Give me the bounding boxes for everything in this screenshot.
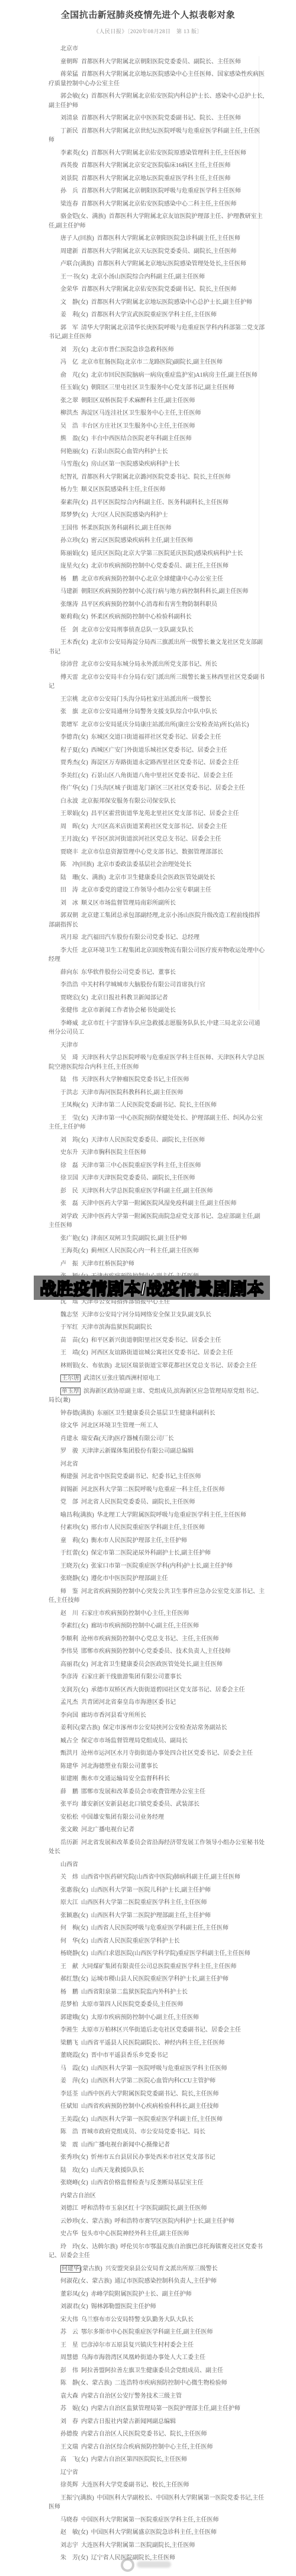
entry-description: 大兴区人民医院感染内科护士 xyxy=(91,512,168,518)
entry-description: 内蒙古自治区第四医院院长,主任医师 xyxy=(91,2456,188,2463)
entry-description: 首都医科大学附属北京佑安医院感染中心二科主任,主任医师 xyxy=(81,201,237,207)
entry-row: 李美红(女)石景山区八角街道八角中里社区党委书记、居委会主任 xyxy=(49,771,265,781)
entry-row: 姜利民(蒙古族)保定市涿州市公安局挟河公安检查站常务副站长 xyxy=(49,1723,265,1733)
entry-name: 蒋荣猛 xyxy=(60,71,78,78)
entry-row: 柳洪杰海淀区马连洼社区卫生服务中心主任,主任医师 xyxy=(49,409,265,418)
entry-name-suffix: (女) xyxy=(78,461,88,467)
entry-name: 王 靖 xyxy=(60,1350,78,1356)
entry-description: 晋城市政府党组成员、市公安局党委书记、局长 xyxy=(81,2129,205,2135)
entry-description: 太原市疾病预防控制中心副主任,主任医师 xyxy=(91,2014,200,2021)
entry-name: 孙德俊 xyxy=(60,2431,78,2437)
entry-name: 赵 川 xyxy=(60,1610,78,1617)
entry-name-suffix: (女、满族) xyxy=(78,874,106,881)
entry-name: 李素红 xyxy=(60,1623,78,1629)
entry-description: 顺义区医院感染科主任,主任医师 xyxy=(81,486,166,493)
entry-name-suffix: (女) xyxy=(78,1248,88,1254)
entry-description: 保定市第二医院泌尿外科副护士长,副主任护师 xyxy=(91,1550,211,1556)
entry-row: 陈 静(女、蒙古族)二连浩特市疾病预防控制中心微生物检验师 xyxy=(49,2379,265,2388)
entry-name: 张晓峰 xyxy=(60,2180,78,2186)
entry-description: 呼和浩特市赛罕区医院内科护士长,副主任护师 xyxy=(115,2218,235,2225)
entry-name: 王木香 xyxy=(60,639,78,646)
entry-name-suffix: (满族) xyxy=(78,1512,94,1518)
entry-name-suffix: (满族) xyxy=(78,2495,94,2501)
entry-description: 山西医科大学第二医院心血管内科CCU主管护师 xyxy=(91,2078,216,2084)
entry-name: 梁 震 xyxy=(60,2142,78,2148)
entry-name: 陆 伟 xyxy=(60,1076,78,1083)
entry-name: 甄洪月 xyxy=(60,1750,78,1757)
entry-name-suffix: (女) xyxy=(78,2065,88,2072)
entry-row: 白永波北京振邦保安服务有限公司保安队长 xyxy=(49,797,265,806)
entry-row: 于军红天津市滨海监狱医院副院长 xyxy=(49,1323,265,1332)
entry-name: 骆金铠 xyxy=(60,213,78,220)
entry-description: 北京市疾病预防控制中心党委委员、副主任,主任医师 xyxy=(91,563,229,569)
entry-row: 周 晖(女)大兴区高米店街道茉莉社区党支部书记、居委会主任 xyxy=(49,822,265,832)
entry-name-suffix: (女) xyxy=(78,1925,88,1931)
entry-row: 骆金铠(女、满族)首都医科大学附属北京友谊医院护理部主任、护理教研室主任,副主任… xyxy=(49,212,265,230)
entry-name: 彭 伟 xyxy=(60,2367,78,2374)
entry-row: 李廷荃山西中医药大学附属医院党委副书记、院长,主任医师 xyxy=(49,2090,265,2099)
entry-row: 李溎生太原市万柏林区兴华街道后北屯社区党委副书记、居委会主任 xyxy=(49,2026,265,2035)
entry-name-suffix: (蒙古族) xyxy=(81,2266,102,2272)
entry-row: 李素红(女)廊坊市疾病预防控制中心副主任,主任医师 xyxy=(49,1622,265,1631)
entry-row: 吴 浩丰台区方庄社区卫生服务中心主任,主任医师 xyxy=(49,422,265,431)
entry-description: 蓟州区人民医院心内一科主任,副主任医师 xyxy=(91,1248,200,1254)
entry-row: 高丽君(女)河北省卫生健康委员会医政医管处处长,副主任医师 xyxy=(49,1660,265,1670)
entry-description: 锡林郭勒盟医院主任护师 xyxy=(91,2303,156,2310)
entry-name: 姜利民 xyxy=(60,1725,78,1731)
entry-name: 王美霞 xyxy=(60,2116,78,2123)
entry-row: 贾秀杰(女)海淀区万寿路街道永定路西里社区党委书记、居委会主任 xyxy=(49,758,265,768)
entry-name-suffix: (女) xyxy=(78,299,88,306)
entry-name-suffix: (女) xyxy=(78,2078,88,2084)
entry-description: 天津市公安局宁河分局网络安全保卫支队副支队长 xyxy=(81,1312,211,1318)
entry-name: 王 星 xyxy=(60,2342,78,2348)
entry-description: 河北广播电视台记者 xyxy=(81,1827,134,1833)
entry-row: 杨力生顺义区医院感染科主任,主任医师 xyxy=(49,485,265,495)
entry-row: 郑梦梦(女)大兴区人民医院感染内科护士 xyxy=(49,511,265,520)
entry-name: 孟凡杰 xyxy=(60,1699,78,1706)
stamp-watermark-smudge xyxy=(137,2561,171,2568)
entry-row: 党 郃河北省人民医院党委委员、副院长,主任医师 xyxy=(49,1498,265,1507)
entry-name: 张广艳 xyxy=(60,1235,78,1242)
entry-description: 北京建工集团总承包部副经理,北京小汤山医院升级改造工程前线指挥部副指挥长 xyxy=(49,912,260,928)
entry-name: 姬莉莉 xyxy=(60,614,78,620)
entry-description: 阿拉善盟阿拉善左旗卫生健康委员会党组成员、副主任 xyxy=(81,2367,223,2374)
entry-description: 北京市公安局通州分局警务支援支队综合中队中队长 xyxy=(81,709,217,715)
entry-description: 天津市人民医院党委委员、副院长,主任医师 xyxy=(91,1137,205,1143)
entry-row: 刘 冰顺义区市场监督管理局南彩所副所长 xyxy=(49,899,265,908)
entry-description: 太原市万柏林区兴华街道后北屯社区党委副书记、居委会主任 xyxy=(81,2027,241,2033)
entry-name-suffix: (女) xyxy=(78,1350,88,1356)
entry-name: 俞 芃 xyxy=(60,372,78,379)
entry-name: 白永波 xyxy=(60,798,78,805)
entry-row: 李大任北京环境卫生工程集团北京固废物流有限公司医疗废弃物收运处理中心经理 xyxy=(49,946,265,965)
entry-name-suffix: (女、达斡尔族) xyxy=(78,2244,118,2250)
entry-name: 范梦柏 xyxy=(60,2001,78,2008)
entry-description: 海淀区马连洼社区卫生服务中心主任,主任医师 xyxy=(81,410,201,416)
entry-name-suffix: (女) xyxy=(78,347,88,353)
entry-description: 河北省疾病预防控制中心突发公共卫生事件应急办公室党支部书记、主任,主任技师 xyxy=(49,1588,265,1604)
entry-description: 朝阳区三里屯社区卫生服务中心党支部书记,副主任医师 xyxy=(91,385,235,391)
entry-row: 俞 芃(女)北京市回民医院脑病一病房(重症监护室)A1病房主任,副主任医师 xyxy=(49,371,265,380)
entry-row: 周建新首都医科大学附属北京天坛医院党委委员、副院长,主任医师 xyxy=(49,247,265,257)
entry-name: 庞星火 xyxy=(60,563,78,569)
entry-description: 天津津云新媒体集团股份有限公司副总编辑 xyxy=(81,1448,194,1454)
entry-name: 田 涛 xyxy=(60,887,78,893)
entry-row: 陆 珊(女、满族)北京市卫生健康委员会医政医管处副处长 xyxy=(49,873,265,883)
entry-description: 天津医科大学肿瘤医院党委书记,主任医师 xyxy=(81,1076,189,1083)
entry-row: 赵 川石家庄市疾病预防控制中心主任,主任医师 xyxy=(49,1609,265,1619)
entry-name: 文 静 xyxy=(60,299,78,306)
entry-name-suffix: (女) xyxy=(78,1563,88,1569)
entry-description: 首都医科大学附属北京朝阳医院党委委员、副院长、主任医师 xyxy=(81,59,241,65)
entry-name: 梁连春 xyxy=(60,201,78,207)
entry-description: 山西省人民医院重症医学科护士长 xyxy=(91,1938,180,1944)
entry-description: 赤峰学院附属医院护士长、副主任护师 xyxy=(91,2291,192,2298)
entry-row: 刘学政天津中医药大学第一附属医院南院急症党支部书记、急症部副主任,副主任医师 xyxy=(49,1212,265,1231)
entry-name-suffix: (女) xyxy=(78,2180,88,2186)
entry-row: 徐沛营北京市公安局东城分局永外派出所党支部书记、所长 xyxy=(49,660,265,669)
entry-name: 刘德江 xyxy=(60,2205,78,2212)
entry-name-suffix: (女) xyxy=(78,2456,88,2463)
entry-row: 何艳丽(女)石景山医院心血管内科护士长 xyxy=(49,447,265,457)
entry-name: 郝红慧 xyxy=(60,1976,78,1982)
entry-description: 山西医科大学第一医院儿科护士长,副主任护师 xyxy=(91,1887,211,1893)
entry-row: 姜 利(女)首都医科大学宣武医院重症医学科主任,主任医师 xyxy=(49,310,265,320)
entry-name: 史东升 xyxy=(60,1149,78,1156)
entry-description: 山西医科大学第二医院重症医学科主任,主任医师 xyxy=(81,1899,207,1906)
entry-name: 西英俊 xyxy=(60,162,78,169)
entry-description: 天津医科大学总医院呼吸与危重症医学科主任医师、天津医科大学总医院空港医院综合内科… xyxy=(49,1055,265,1071)
entry-name: 张 旗 xyxy=(60,709,78,715)
entry-name-suffix: (女) xyxy=(78,2154,88,2161)
entry-name: 张继涛 xyxy=(60,601,78,608)
entry-description: 石景山区八角街道八角中里社区党委书记、居委会主任 xyxy=(91,773,233,779)
entry-row: 喻昌利(满族)华北理工大学附属医院呼吸与危重症医学科主任,主任医师 xyxy=(49,1511,265,1520)
entry-name: 张平均 xyxy=(60,1801,78,1808)
entry-description: 辽宁省人民医院副院长,主任医师 xyxy=(91,2555,176,2561)
entry-description: 天津中医药大学第一附属医院风湿免疫科副主任,副主任医师 xyxy=(81,1200,237,1207)
entry-name: 董彩凤 xyxy=(60,2291,78,2298)
entry-description: 石景山医院心血管内科护士长 xyxy=(91,448,168,455)
entry-name: 徐文华 xyxy=(60,1422,78,1429)
entry-description: 中国雄安集团有限公司业务经理 xyxy=(81,1814,164,1821)
entry-name-suffix: (女) xyxy=(78,312,88,318)
entry-row: 王文瑞内蒙古自治区综合疾病预防控制中心主任,主任医师 xyxy=(49,2443,265,2452)
stamp-watermark-icon xyxy=(121,2558,134,2572)
entry-name: 王 莹 xyxy=(60,1115,78,1122)
entry-name: 罗 骏 xyxy=(60,1448,78,1454)
entry-name: 童朝晖 xyxy=(60,59,78,65)
entry-name: 张惠蓉 xyxy=(60,1887,78,1893)
entry-description: 乌海市海勃湾区凤凰岭街道办事处人大工委主任 xyxy=(81,2354,205,2361)
entry-name: 王凤梅 xyxy=(60,1102,78,1108)
entry-name: 李德青 xyxy=(60,734,78,741)
entry-description: 北京市委政法委基层社会治理处处长 xyxy=(97,861,192,868)
entry-row: 林则银(女、布依族)北辰区瑞景街道宝翠花都社区党总支书记、居委会主任 xyxy=(49,1361,265,1371)
entry-name: 孙立珍 xyxy=(60,537,78,544)
entry-name: 史占华 xyxy=(60,2231,78,2237)
entry-row: 张 磊天津中医药大学第一附属医院风湿免疫科副主任,副主任医师 xyxy=(49,1199,265,1209)
entry-row: 西英俊首都医科大学附属北京安定医院临床16病区主任,主任医师 xyxy=(49,161,265,171)
entry-name-suffix: (女) xyxy=(78,512,88,518)
honor-roll-list: 北京市童朝晖首都医科大学附属北京朝阳医院党委委员、副院长、主任医师蒋荣猛首都医科… xyxy=(49,44,265,2563)
entry-description: 顺义区市场监督管理局南彩所副所长 xyxy=(81,900,176,906)
entry-row: 赵 敏(女)中国医科大学附属盛京医院急诊科主任,主任医师 xyxy=(49,2528,265,2537)
entry-row: 何 梅(女)山西省人民医院呼吸与危重症医学科副主任,主任医师 xyxy=(49,1924,265,1933)
entry-row: 彭 伟阿拉善盟阿拉善左旗卫生健康委员会党组成员、副主任 xyxy=(49,2366,265,2376)
entry-description: 怀柔区疾病预防控制中心检验科副科长 xyxy=(91,614,192,620)
source-line: 《人民日报》〔2020年08月28日 第 13 版〕 xyxy=(0,27,296,35)
entry-name: 刘 春 xyxy=(60,2418,78,2425)
entry-description: 衡水市交通运输局安全监督科科长 xyxy=(81,1776,170,1782)
entry-name: 苏 妮 xyxy=(60,2405,78,2412)
entry-row: 安松松中国雄安集团有限公司业务经理 xyxy=(49,1813,265,1822)
entry-name: 刘学政 xyxy=(60,1213,78,1220)
entry-name: 袁大森 xyxy=(60,2393,78,2399)
entry-name: 支润芳 xyxy=(60,1687,78,1693)
entry-description: 津南区双闸卫生院副院长,副主任护师 xyxy=(91,1235,188,1242)
entry-name-suffix: (女、满族) xyxy=(78,213,106,220)
entry-description: 山西省人民医院呼吸与危重症医学科副主任,主任医师 xyxy=(91,1925,229,1931)
entry-description: 北京日报社科教卫新闻部记者 xyxy=(91,995,168,1001)
entry-name: 付素珍 xyxy=(60,1524,78,1531)
entry-row: 文 静(女)首都医科大学附属北京地坛医院感染中心总护士长,副主任护师 xyxy=(49,298,265,307)
entry-description: 河北省卫生健康委员会医政医管处处长,副主任医师 xyxy=(91,1661,223,1668)
entry-name-suffix: (女) xyxy=(78,448,88,455)
entry-row: 梁鹏飞山西省平遥县人民医院副院长、神经内科主任,主任医师 xyxy=(49,2039,265,2048)
entry-description: 保定市涿州市公安局挟河公安检查站常务副站长 xyxy=(103,1725,227,1731)
entry-name: 党 郃 xyxy=(60,1499,78,1505)
entry-description: 首都医科大学附属北京天坛医院党委委员、副院长,主任医师 xyxy=(81,248,237,255)
entry-row: 罗 骏天津津云新媒体集团股份有限公司副总编辑 xyxy=(49,1447,265,1456)
entry-row: 陈 浩晋城市政府党组成员、市公安局党委书记、局长 xyxy=(49,2128,265,2137)
entry-description: 大兴区高米店街道茉莉社区党支部书记、居委会主任 xyxy=(91,824,227,830)
entry-name: 苏 云 xyxy=(60,2329,78,2335)
entry-name: 杨 鹏 xyxy=(60,576,78,582)
entry-description: 呼和浩特市玉泉区红十字医院副院长,副主任医师 xyxy=(81,2205,207,2212)
entry-row: 钟春德(满族)东丽区卫生健康委员会基层卫生健康科副科长 xyxy=(49,1409,265,1418)
entry-description: 滨海新区政协原副主席、党组成员,滨海新区应急管理局原党组书记、局长(兼) xyxy=(49,1388,263,1404)
entry-description: 西城区广安门外街道乐城社区党委书记、居委会主任 xyxy=(91,747,227,754)
entry-name-suffix: (女) xyxy=(78,1235,88,1242)
entry-name: 陈丽娟 xyxy=(60,550,78,557)
entry-name-suffix: (女) xyxy=(78,1976,88,1982)
entry-description: 北辰区瑞景街道宝翠花都社区党总支书记、居委会主任 xyxy=(115,1363,257,1369)
entry-description: 首都医科大学宣武医院重症医学科主任,主任医师 xyxy=(91,312,217,318)
entry-name-suffix: (回族) xyxy=(78,861,94,868)
entry-description: 昌平区医院综合内科副主任、医务科副科长,主任医师 xyxy=(91,499,229,506)
entry-name-suffix: (女) xyxy=(78,1950,88,1957)
entry-description: 昌平区疾病预防控制中心消毒和有害生物防制科职员 xyxy=(81,601,217,608)
entry-description: 首都医科大学附属北京世纪坛医院呼吸与危重症医学科副主任,主任医师 xyxy=(49,128,260,144)
entry-description: 昌平区霍营街道华龙苑北里社区党支部书记、居委会主任 xyxy=(91,810,239,817)
entry-name: 金荣华 xyxy=(60,286,78,293)
entry-row: 贾晓宏(女)北京日报社科教卫新闻部记者 xyxy=(49,994,265,1003)
entry-name-suffix: (女) xyxy=(78,2052,88,2059)
entry-name-suffix: (女) xyxy=(78,1537,88,1544)
entry-name-suffix: (女) xyxy=(78,2116,88,2123)
entry-row: 孙立珍(女)密云区医院感染疾病科主任,副主任医师 xyxy=(49,536,265,546)
entry-description: 北京振邦保安服务有限公司保安队长 xyxy=(81,798,176,805)
entry-row: 陆 伟天津医科大学肿瘤医院党委书记,主任医师 xyxy=(49,1075,265,1085)
entry-row: 刘淑君(女)锡林郭勒盟医院主任护师 xyxy=(49,2302,265,2312)
entry-description: 东华软件股份公司党委书记、董事长 xyxy=(81,969,176,976)
entry-name: 宋大伟 xyxy=(60,2317,78,2323)
entry-name-suffix: (满族) xyxy=(78,1410,94,1417)
page-edge-line xyxy=(259,56,259,1010)
entry-name: 师 鉴 xyxy=(60,1588,78,1595)
entry-description: 内蒙古自治区人民医院党委书记、院长,主任医师 xyxy=(81,2431,207,2437)
entry-description: 北京环境卫生工程集团北京固废物流有限公司医疗废弃物收运处理中心经理 xyxy=(49,947,265,963)
entry-description: 天津市红桥医院护师 xyxy=(81,1261,134,1267)
entry-name-suffix: (女) xyxy=(78,499,88,506)
section-header: 河北省 xyxy=(49,1460,265,1469)
entry-name-suffix: (女) xyxy=(78,1115,88,1122)
entry-name: 梅建强 xyxy=(60,1473,78,1480)
entry-description: 巴彦淖尔市五原县复兴镇庆生村村委会主任 xyxy=(81,2342,194,2348)
entry-name: 刘志宇 xyxy=(60,2542,78,2549)
entry-row: 王木香(女)北京市公安局海淀分局西三旗派出所一级警长兼文龙社区党支部副书记 xyxy=(49,638,265,656)
entry-row: 郝红慧(女)运城市稷山县人民医院重症医学科护士长,副主任护师 xyxy=(49,1975,265,1984)
entry-row: 冯 亿北京市肛肠医院(北京市二龙路医院)副院长,副主任医师 xyxy=(49,358,265,367)
entry-name: 佟广华 xyxy=(60,785,78,792)
entry-name: 刘淑君 xyxy=(60,2303,78,2310)
entry-name: 王海英 xyxy=(60,1248,78,1254)
entry-row: 王 献大同煤矿集团有限责任公司总医院重症医学科主任,主任医师 xyxy=(49,1962,265,1972)
entry-description: 怀柔医院医务科副科长,副主任医师 xyxy=(81,525,172,531)
entry-name-suffix: (女) xyxy=(78,1887,88,1893)
entry-row: 陆 玫(女)山西天龙救援队队长 xyxy=(49,2166,265,2175)
entry-description: 河北区环境卫生管理一所工人 xyxy=(81,1422,158,1429)
entry-description: 首都医科大学附属北京佑安医院党委副书记、院长,主任医师 xyxy=(81,286,237,293)
entry-description: 北京市信息资源管理中心党支部书记、数据管理部部长 xyxy=(81,849,223,856)
entry-description: 中国医科大学附属第一医院重症医学科主任,主任医师 xyxy=(81,2517,219,2523)
entry-name: 吴 琦 xyxy=(60,1055,78,1061)
entry-row: 李向国廊坊市香河县看守所所长 xyxy=(49,1711,265,1720)
entry-description: 大连医科大学附属第二医院副院长,主任医师 xyxy=(81,2542,195,2549)
entry-name: 傅天雷 xyxy=(60,674,78,681)
entry-name: 童 莉 xyxy=(60,1537,78,1544)
entry-name: 秦素萍 xyxy=(60,499,78,506)
entry-name-suffix: (女) xyxy=(78,747,88,754)
entry-description: 乌兰察布市公安局特警支队勤务大队大队长 xyxy=(81,2317,194,2323)
entry-row: 孟凡杰共青团河北省秦皇岛市海港区委书记 xyxy=(49,1698,265,1707)
entry-name: 王宗桃 xyxy=(60,696,78,703)
entry-row: 董彩凤(女)赤峰学院附属医院护士长、副主任护师 xyxy=(49,2290,265,2299)
entry-row: 梁 震山西广播电视台新闻中心摄像记者 xyxy=(49,2141,265,2150)
entry-name: 李伟昊 xyxy=(60,1648,78,1655)
entry-row: 李素英(女)首都医科大学附属北京佑安医院原感染管理科主任,主任医师 xyxy=(49,149,265,158)
entry-description: 石家庄新干线旅游集团有限公司董事长 xyxy=(81,1674,182,1680)
section-header: 北京市 xyxy=(49,44,265,54)
entry-row: 金荣华首都医科大学附属北京佑安医院党委副书记、院长,主任医师 xyxy=(49,285,265,294)
entry-name: 郭 军 xyxy=(60,325,78,331)
entry-name: 刘清泉 xyxy=(60,115,78,121)
entry-name-suffix: (女) xyxy=(78,614,88,620)
entry-row: 王翠娟(女)昌平区霍营街道华龙苑北里社区党支部书记、居委会主任 xyxy=(49,809,265,819)
entry-name: 何 梅 xyxy=(60,1925,78,1931)
section-header: 辽宁省 xyxy=(49,2468,265,2478)
entry-description: 运城市稷山县人民医院重症医学科护士长,副主任护师 xyxy=(91,1976,229,1982)
entry-description: 北京市公安局刑事侦查总队一支队副支队长 xyxy=(81,627,194,633)
entry-name: 唐子人 xyxy=(60,235,78,242)
entry-description: 和平区新兴街道朝阳里社区党委书记、居委会主任 xyxy=(91,1337,221,1344)
entry-name-suffix: (女) xyxy=(78,537,88,544)
entry-name: 程子夏 xyxy=(60,747,78,754)
entry-row: 王国伟怀柔医院医务科副科长,副主任医师 xyxy=(49,524,265,533)
entry-description: 清华大学附属北京清华长庚医院呼吸与危重症医学科内科部第二党支部书记,副主任医师 xyxy=(49,325,265,341)
entry-description: 邯郸市发展和改革委员会市收费管理办公室主任 xyxy=(81,1789,205,1795)
entry-description: 天津市海河医院科教科科长,副主任医师 xyxy=(81,1090,184,1096)
entry-row: 姜 萍(女)山西医科大学第二医院心血管内科CCU主管护师 xyxy=(49,2077,265,2086)
entry-description: 张家口市第一医院重症医学科(内科)护士长,副主任护师 xyxy=(91,1563,233,1569)
entry-name: 熊 盈 xyxy=(60,435,78,442)
entry-name-deceased: 王尔唐 xyxy=(60,1374,81,1382)
watermark-banner-text: 战胜疫情剧本/战疫情景剧剧本 xyxy=(40,1276,264,1300)
entry-name-suffix: (女) xyxy=(78,1337,88,1344)
entry-name: 赵 敏 xyxy=(60,2529,78,2536)
entry-name: 王翠娟 xyxy=(60,810,78,817)
entry-row: 宋大伟乌兰察布市公安局特警支队勤务大队大队长 xyxy=(49,2315,265,2325)
entry-description: 东城区交道口街道福祥社区党委书记、居委会主任 xyxy=(91,734,221,741)
entry-name: 玲 玲 xyxy=(60,2244,78,2250)
entry-row: 郭会敏(女)首都医科大学附属北京佑安医院内科总护士长、感染中心总护士长,副主任护… xyxy=(49,92,265,110)
entry-row: 杨 鹏北京市疾病预防控制中心北京全球健康中心办公室主任 xyxy=(49,575,265,584)
entry-row: 苏 妮(女)内蒙古自治区监狱管理局第一医院护理部主任,副主任护师 xyxy=(49,2404,265,2414)
section-header: 山西省 xyxy=(49,1860,265,1870)
entry-description: 山西白求恩医院(山西医学科学院)重症医学科副主任,主任医师 xyxy=(91,1950,250,1957)
entry-name: 王晓芳 xyxy=(60,1563,78,1569)
entry-row: 刘志宇大连医科大学附属第二医院副院长,主任医师 xyxy=(49,2541,265,2551)
entry-row: 徐卫国天津市天津医院党委委员、副院长,主任医师 xyxy=(49,1174,265,1183)
entry-row: 郭建娥(女)太原市疾病预防控制中心副主任,主任医师 xyxy=(49,2013,265,2023)
entry-row: 原大江山西医科大学第二医院重症医学科主任,主任医师 xyxy=(49,1898,265,1908)
entry-row: 刘景院首都医科大学附属北京地坛医院重症医学科主任,主任医师 xyxy=(49,174,265,184)
entry-description: 首都医科大学附属北京佑安医院原感染管理科主任,主任医师 xyxy=(91,150,247,156)
entry-description: 丰台中西医结合医院老年科副主任医师 xyxy=(91,435,192,442)
entry-row: 马建新朝阳区疾病预防控制中心流行病与地方病控制科科长,副主任医师 xyxy=(49,587,265,597)
entry-description: 山西广播电视台新闻中心摄像记者 xyxy=(81,2142,170,2148)
entry-name: 郑梦梦 xyxy=(60,512,78,518)
entry-row: 岳历新河北省发展和改革委员会省沿海经济带发展工作领导小组办公室秘书处处长 xyxy=(49,1838,265,1857)
entry-row: 李顺利沧州市疾病预防控制中心党总支书记、主任,主任医师 xyxy=(49,1635,265,1644)
entry-row: 于红蕾(女)保定市第二医院泌尿外科副护士长,副主任护师 xyxy=(49,1549,265,1558)
entry-row: 马晓春中国医科大学附属第一医院重症医学科主任,主任医师 xyxy=(49,2516,265,2525)
entry-description: 朝阳区双桥医院手术麻醉科主任,副主任医师 xyxy=(81,398,195,404)
entry-description: 首都医科大学附属北京地坛医院感染管理处处长,主任医师 xyxy=(97,261,247,267)
entry-description: 沧州市疾病预防控制中心党总支书记、主任,主任医师 xyxy=(81,1636,219,1642)
entry-name: 周建新 xyxy=(60,248,78,255)
entry-description: 首都医科大学附属北京安定医院临床16病区主任,主任医师 xyxy=(81,162,231,169)
entry-name-suffix: (女) xyxy=(78,550,88,557)
entry-description: 忻州市五台县居民办事处西米市社区党支部书记 xyxy=(91,2154,215,2161)
entry-name: 张颖惠 xyxy=(60,1912,78,1919)
entry-row: 熊 盈(女)丰台中西医结合医院老年科副主任医师 xyxy=(49,434,265,444)
entry-row: 玲 玲(女、达斡尔族)呼伦贝尔市鄂温克族自治旗巴彦托海镇赛克社区党委书记、居委会… xyxy=(49,2242,265,2261)
entry-name: 柳洪杰 xyxy=(60,410,78,416)
entry-name-suffix: (女) xyxy=(78,2529,88,2536)
entry-row: 王海英(女)蓟州区人民医院心内一科主任,副主任医师 xyxy=(49,1247,265,1256)
entry-description: 平谷区滨河街道滨河社区党总支书记、居委会主任 xyxy=(91,836,221,842)
entry-description: 天津医科大学总医院重症医学科副主任,副主任医师 xyxy=(81,1188,213,1194)
entry-row: 师 鉴河北省疾病预防控制中心突发公共卫生事件应急办公室党支部书记、主任,主任技师 xyxy=(49,1587,265,1606)
entry-description: 北京市肛肠医院(北京市二龙路医院)副院长,副主任医师 xyxy=(81,359,223,366)
entry-name-suffix: (女) xyxy=(78,2014,88,2021)
entry-description: 山西中医药大学附属医院党委副书记、院长,主任医师 xyxy=(81,2091,219,2097)
entry-row: 贾晓丰北京市信息资源管理中心党支部书记、数据管理部部长 xyxy=(49,848,265,857)
entry-row: 杨晓静(女)山西白求恩医院(山西医学科学院)重症医学科副主任,主任医师 xyxy=(49,1949,265,1959)
